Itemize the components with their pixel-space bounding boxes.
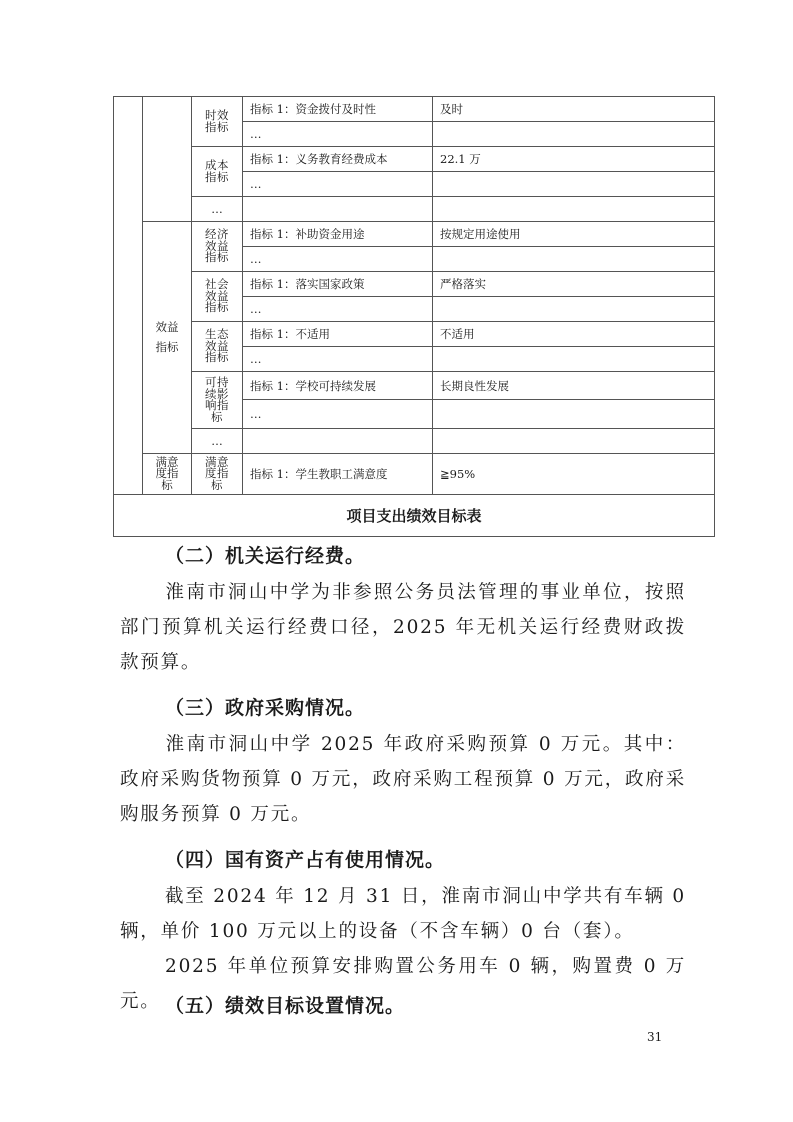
indicator-cell: … — [243, 400, 433, 429]
subcategory-cost: 成本指标 — [192, 147, 243, 197]
value-cell: 严格落实 — [433, 272, 715, 297]
subcategory-social: 社会效益指标 — [192, 272, 243, 322]
indicator-cell: 指标 1：补助资金用途 — [243, 222, 433, 247]
value-cell: ≧95% — [433, 454, 715, 495]
indicator-cell: … — [243, 347, 433, 372]
subcategory-satisfaction: 满意度指标 — [192, 454, 243, 495]
section-body-admin-costs: 淮南市洞山中学为非参照公务员法管理的事业单位，按照部门预算机关运行经费口径，20… — [120, 575, 686, 680]
page-number: 31 — [647, 1030, 662, 1044]
section-body-assets: 截至 2024 年 12 月 31 日，淮南市洞山中学共有车辆 0 辆，单价 1… — [120, 879, 686, 949]
output-category-cell — [143, 97, 192, 222]
subcategory-ellipsis: … — [192, 429, 243, 454]
category-satisfaction: 满意度指标 — [143, 454, 192, 495]
value-cell — [433, 429, 715, 454]
section-body-procurement: 淮南市洞山中学 2025 年政府采购预算 0 万元。其中：政府采购货物预算 0 … — [120, 727, 686, 832]
subcategory-economic: 经济效益指标 — [192, 222, 243, 272]
indicator-cell: 指标 1：不适用 — [243, 322, 433, 347]
table-title: 项目支出绩效目标表 — [114, 495, 715, 537]
indicator-cell: … — [243, 122, 433, 147]
subcategory-timeliness: 时效指标 — [192, 97, 243, 147]
section-heading-assets: （四）国有资产占有使用情况。 — [165, 845, 445, 872]
indicator-cell: … — [243, 172, 433, 197]
value-cell — [433, 400, 715, 429]
value-cell: 按规定用途使用 — [433, 222, 715, 247]
indicator-cell: … — [243, 297, 433, 322]
value-cell — [433, 297, 715, 322]
indicator-cell — [243, 429, 433, 454]
value-cell — [433, 172, 715, 197]
value-cell — [433, 247, 715, 272]
subcategory-ellipsis: … — [192, 197, 243, 222]
outer-category-cell — [114, 97, 143, 495]
section-heading-procurement: （三）政府采购情况。 — [165, 693, 365, 720]
section-heading-performance-goals: （五）绩效目标设置情况。 — [165, 991, 405, 1018]
subcategory-sustainable: 可持续影响指标 — [192, 372, 243, 429]
indicator-cell: 指标 1：落实国家政策 — [243, 272, 433, 297]
performance-target-table: 时效指标 指标 1：资金拨付及时性 及时 … 成本指标 指标 1：义务教育经费成… — [113, 96, 715, 537]
value-cell: 长期良性发展 — [433, 372, 715, 400]
value-cell — [433, 347, 715, 372]
indicator-cell: 指标 1：学校可持续发展 — [243, 372, 433, 400]
value-cell: 22.1 万 — [433, 147, 715, 172]
indicator-cell — [243, 197, 433, 222]
indicator-cell: 指标 1：义务教育经费成本 — [243, 147, 433, 172]
indicator-cell: 指标 1：学生教职工满意度 — [243, 454, 433, 495]
value-cell: 不适用 — [433, 322, 715, 347]
indicator-cell: 指标 1：资金拨付及时性 — [243, 97, 433, 122]
subcategory-ecological: 生态效益指标 — [192, 322, 243, 372]
indicator-cell: … — [243, 247, 433, 272]
value-cell — [433, 197, 715, 222]
value-cell: 及时 — [433, 97, 715, 122]
value-cell — [433, 122, 715, 147]
category-benefit: 效益指标 — [143, 222, 192, 454]
section-heading-admin-costs: （二）机关运行经费。 — [165, 541, 365, 568]
